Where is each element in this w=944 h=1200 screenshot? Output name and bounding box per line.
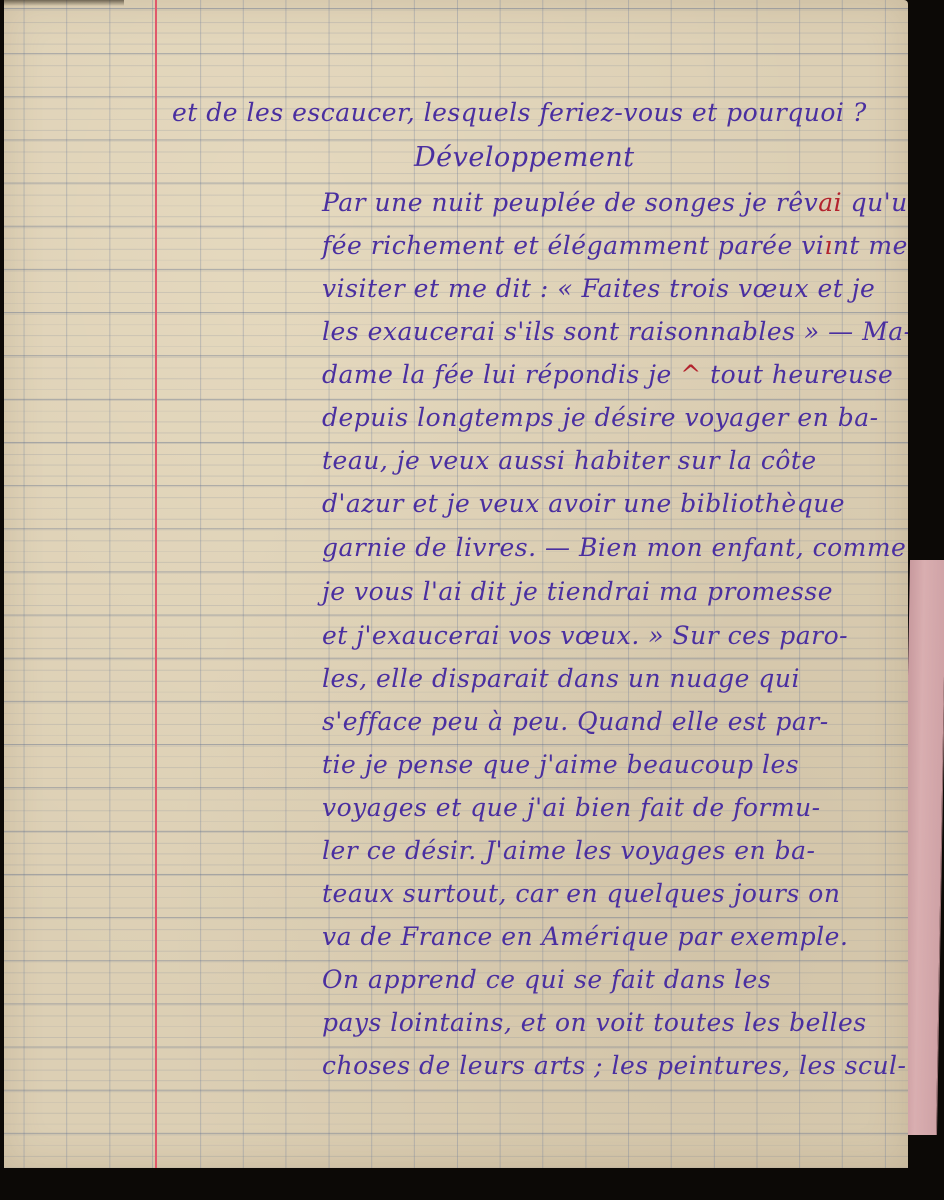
text-segment: nt me bbox=[833, 231, 908, 260]
text-line-22: pays lointains, et on voit toutes les be… bbox=[322, 1008, 867, 1037]
section-heading: Développement bbox=[414, 142, 635, 173]
scan-shadow bbox=[4, 0, 124, 6]
text-line-14: les, elle disparait dans un nuage qui bbox=[322, 664, 800, 693]
text-line-19: teaux surtout, car en quelques jours on bbox=[322, 879, 840, 908]
text-line-7: dame la fée lui répondis je ^ tout heure… bbox=[322, 360, 893, 389]
red-margin-line bbox=[155, 0, 157, 1168]
text-segment: fée richement et élégamment parée vi bbox=[322, 231, 824, 260]
teacher-correction: ı bbox=[824, 231, 833, 260]
text-line-21: On apprend ce qui se fait dans les bbox=[322, 965, 771, 994]
text-line-13: et j'exaucerai vos vœux. » Sur ces paro- bbox=[322, 621, 848, 650]
text-line-8: depuis longtemps je désire voyager en ba… bbox=[322, 403, 879, 432]
text-line-4: fée richement et élégamment parée viınt … bbox=[322, 231, 908, 260]
text-line-12: je vous l'ai dit je tiendrai ma promesse bbox=[322, 577, 833, 606]
text-line-17: voyages et que j'ai bien fait de formu- bbox=[322, 793, 821, 822]
text-line-18: ler ce désir. J'aime les voyages en ba- bbox=[322, 836, 815, 865]
text-line-16: tie je pense que j'aime beaucoup les bbox=[322, 750, 799, 779]
text-line-15: s'efface peu à peu. Quand elle est par- bbox=[322, 707, 829, 736]
text-line-23: choses de leurs arts ; les peintures, le… bbox=[322, 1051, 907, 1080]
text-segment: tout heureuse bbox=[710, 360, 893, 389]
text-line-20: va de France en Amérique par exemple. bbox=[322, 922, 848, 951]
teacher-correction: ^ bbox=[680, 360, 701, 389]
notebook-page: et de les escaucer, lesquels feriez-vous… bbox=[4, 0, 908, 1168]
text-segment: dame la fée lui répondis je bbox=[322, 360, 672, 389]
text-line-11: garnie de livres. — Bien mon enfant, com… bbox=[322, 533, 906, 562]
text-line-6: les exaucerai s'ils sont raisonnables » … bbox=[322, 317, 908, 346]
text-line-9: teau, je veux aussi habiter sur la côte bbox=[322, 446, 817, 475]
text-line-1: et de les escaucer, lesquels feriez-vous… bbox=[172, 98, 867, 127]
text-line-5: visiter et me dit : « Faites trois vœux … bbox=[322, 274, 875, 303]
text-line-10: d'azur et je veux avoir une bibliothèque bbox=[322, 489, 845, 518]
text-segment: Par une nuit peuplée de songes je rêv bbox=[322, 188, 818, 217]
scanned-notebook-page: et de les escaucer, lesquels feriez-vous… bbox=[0, 0, 944, 1200]
text-line-3: Par une nuit peuplée de songes je rêvai … bbox=[322, 188, 908, 217]
text-segment: qu'une bbox=[842, 188, 908, 217]
teacher-correction: ai bbox=[818, 188, 842, 217]
